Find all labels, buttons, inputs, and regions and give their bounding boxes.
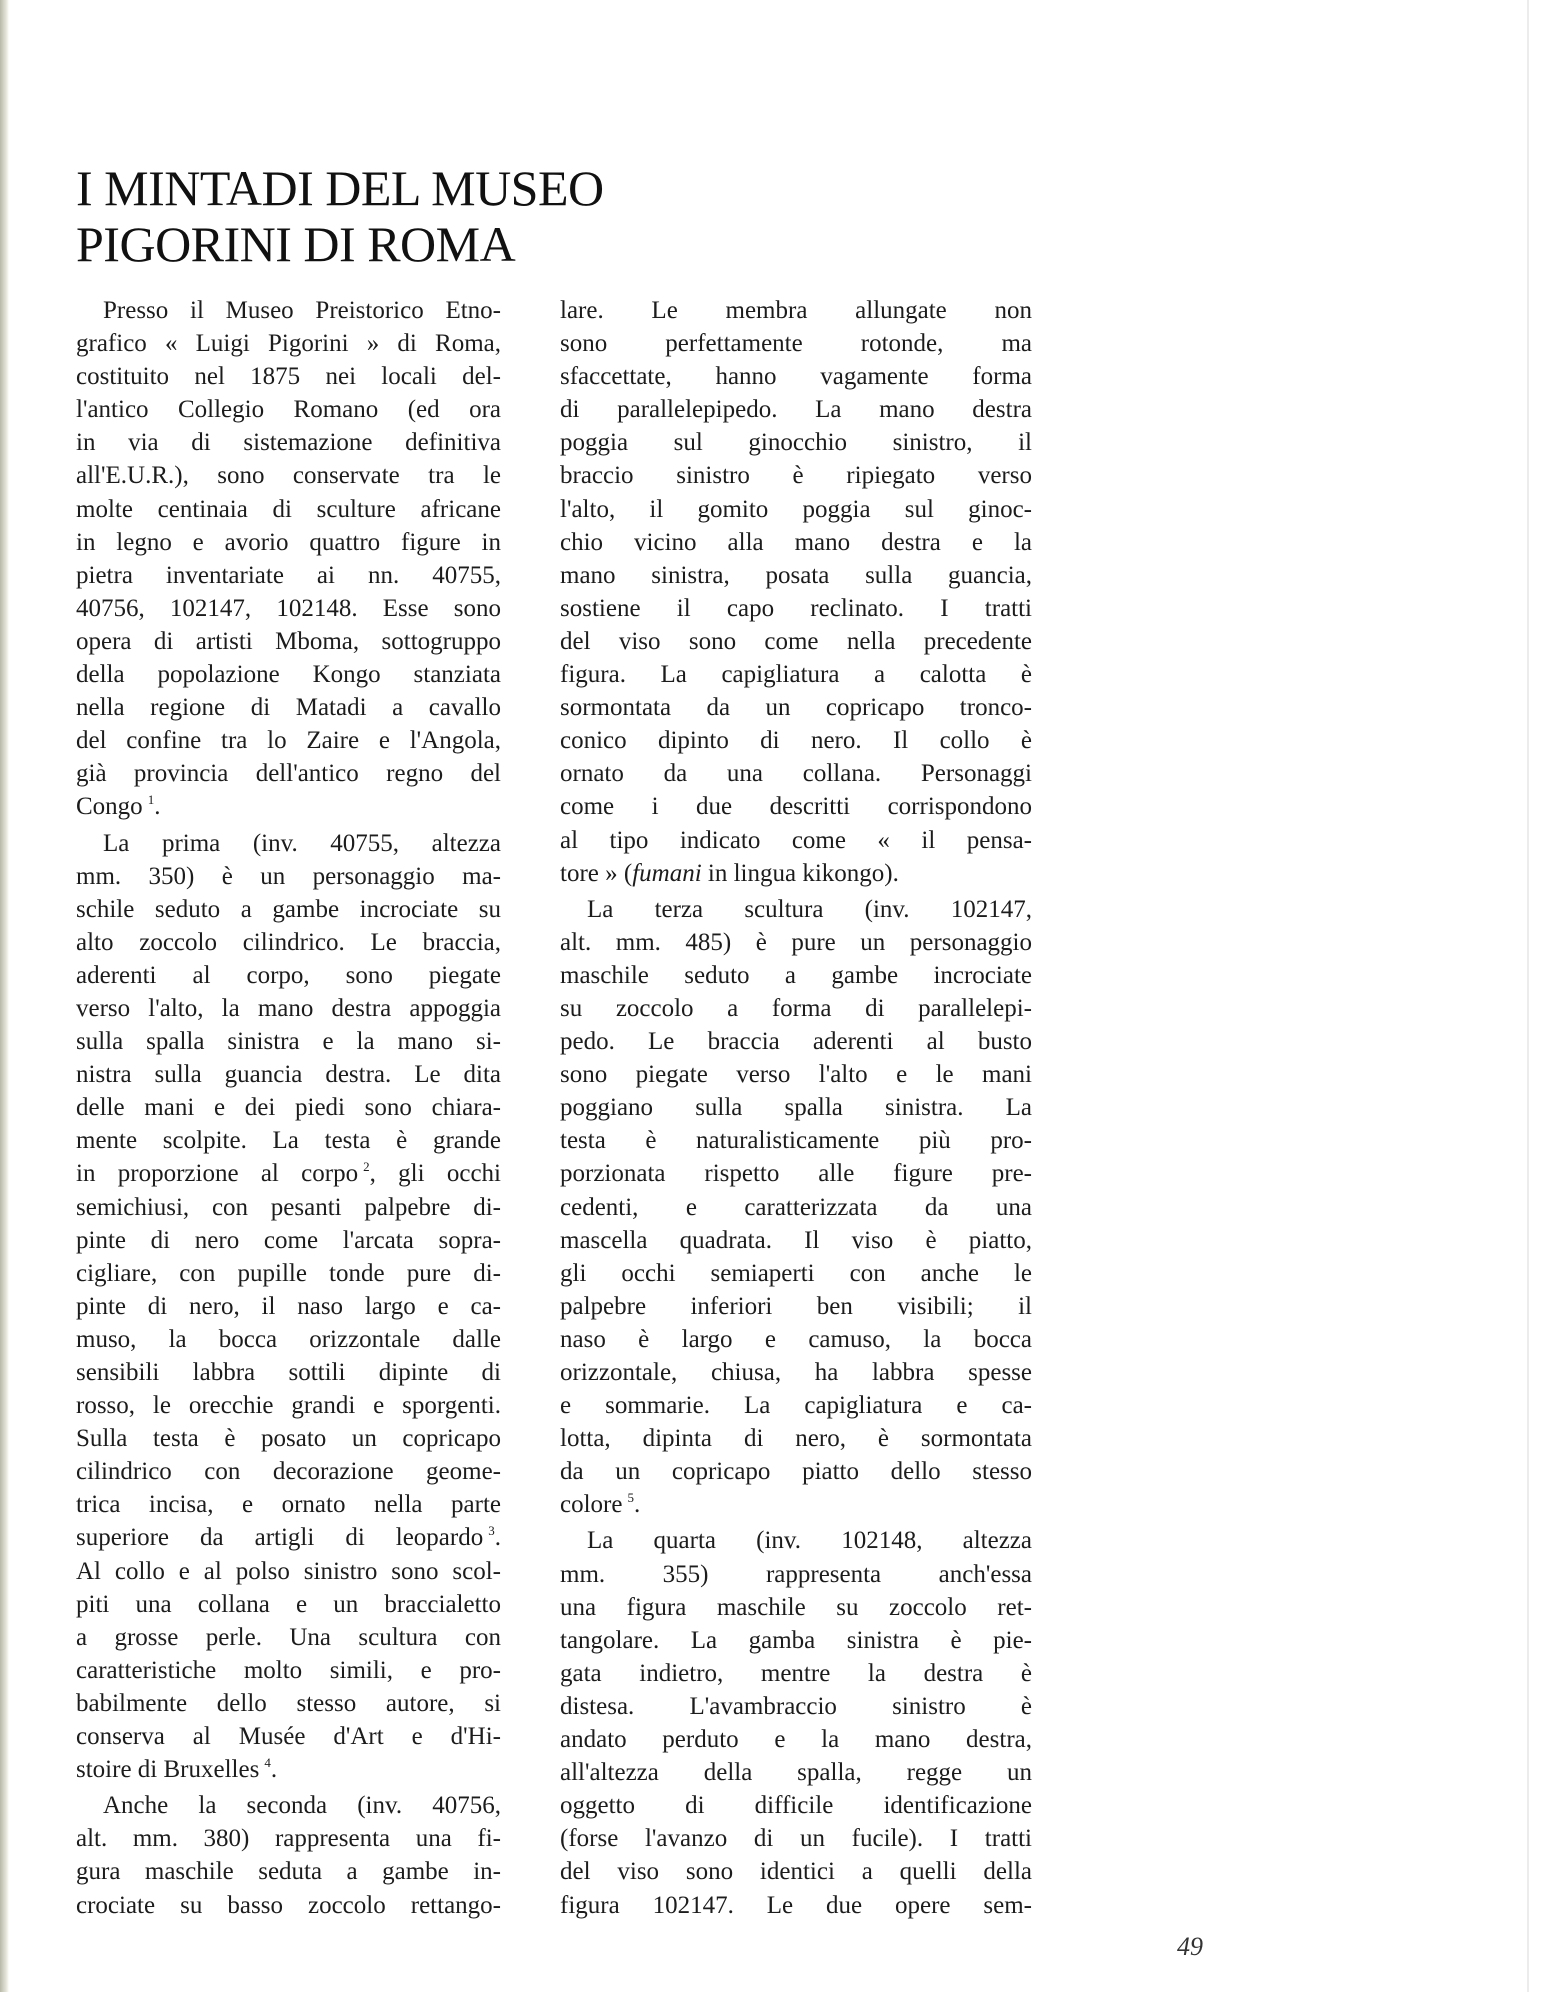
text-line: palpebre inferiori ben visibili; il [560, 1290, 1032, 1323]
text-line-content: Congo [76, 793, 143, 820]
text-line: del confine tra lo Zaire e l'Angola, [76, 724, 501, 757]
text-line: pinte di nero, il naso largo e ca- [76, 1290, 501, 1323]
text-column-left: Presso il Museo Preistorico Etno-grafico… [76, 294, 501, 1922]
text-line-content: molte centinaia di sculture africane [76, 496, 501, 523]
text-line-tail: . [495, 1524, 501, 1551]
text-line: porzionata rispetto alle figure pre- [560, 1157, 1032, 1190]
text-line-content: porzionata rispetto alle figure pre- [560, 1160, 1032, 1187]
article-title: I MINTADI DEL MUSEO PIGORINI DI ROMA [76, 160, 604, 272]
text-line: tore » (fumani in lingua kikongo). [560, 857, 1032, 890]
text-line-content: sensibili labbra sottili dipinte di [76, 1359, 501, 1386]
text-line: lare. Le membra allungate non [560, 294, 1032, 327]
text-line: rosso, le orecchie grandi e sporgenti. [76, 1389, 501, 1422]
text-line: cedenti, e caratterizzata da una [560, 1191, 1032, 1224]
text-line-content: su zoccolo a forma di parallelepi- [560, 995, 1032, 1022]
text-line: crociate su basso zoccolo rettango- [76, 1889, 501, 1922]
text-line: molte centinaia di sculture africane [76, 493, 501, 526]
text-line: poggia sul ginocchio sinistro, il [560, 426, 1032, 459]
text-line: La prima (inv. 40755, altezza [76, 827, 501, 860]
text-line: Anche la seconda (inv. 40756, [76, 1789, 501, 1822]
text-line-content: caratteristiche molto simili, e pro- [76, 1657, 501, 1684]
text-line: mm. 355) rappresenta anch'essa [560, 1558, 1032, 1591]
text-line-content: nella regione di Matadi a cavallo [76, 694, 501, 721]
text-line: mano sinistra, posata sulla guancia, [560, 559, 1032, 592]
text-line: in legno e avorio quattro figure in [76, 526, 501, 559]
text-line-content: poggia sul ginocchio sinistro, il [560, 429, 1032, 456]
text-line: figura. La capigliatura a calotta è [560, 658, 1032, 691]
text-line-content: mm. 350) è un personaggio ma- [76, 863, 501, 890]
text-line-content: di parallelepipedo. La mano destra [560, 396, 1032, 423]
text-line: del viso sono come nella precedente [560, 625, 1032, 658]
text-line-content: mente scolpite. La testa è grande [76, 1127, 501, 1154]
text-line-content: piti una collana e un braccialetto [76, 1591, 501, 1618]
text-line-content: lotta, dipinta di nero, è sormontata [560, 1425, 1032, 1452]
article-title-line-2: PIGORINI DI ROMA [76, 216, 604, 272]
text-line: pedo. Le braccia aderenti al busto [560, 1025, 1032, 1058]
text-line-content: della popolazione Kongo stanziata [76, 661, 501, 688]
text-line: di parallelepipedo. La mano destra [560, 393, 1032, 426]
article-title-line-1: I MINTADI DEL MUSEO [76, 160, 604, 216]
text-line-content: sormontata da un copricapo tronco- [560, 694, 1032, 721]
text-line: del viso sono identici a quelli della [560, 1855, 1032, 1888]
text-line: gli occhi semiaperti con anche le [560, 1257, 1032, 1290]
text-line: mm. 350) è un personaggio ma- [76, 860, 501, 893]
text-line-content: alto zoccolo cilindrico. Le braccia, [76, 929, 501, 956]
text-line: trica incisa, e ornato nella parte [76, 1488, 501, 1521]
text-line-content: grafico « Luigi Pigorini » di Roma, [76, 330, 501, 357]
text-line-content: delle mani e dei piedi sono chiara- [76, 1094, 501, 1121]
text-line-content: gura maschile seduta a gambe in- [76, 1858, 501, 1885]
text-line: costituito nel 1875 nei locali del- [76, 360, 501, 393]
text-line: sono piegate verso l'alto e le mani [560, 1058, 1032, 1091]
text-line-content: muso, la bocca orizzontale dalle [76, 1326, 501, 1353]
text-line-content: testa è naturalisticamente più pro- [560, 1127, 1032, 1154]
text-line-content: nistra sulla guancia destra. Le dita [76, 1061, 501, 1088]
text-line: orizzontale, chiusa, ha labbra spesse [560, 1356, 1032, 1389]
text-line: chio vicino alla mano destra e la [560, 526, 1032, 559]
text-line-content: crociate su basso zoccolo rettango- [76, 1892, 501, 1919]
text-line: oggetto di difficile identificazione [560, 1789, 1032, 1822]
text-line-content: costituito nel 1875 nei locali del- [76, 363, 501, 390]
text-line-content: alt. mm. 485) è pure un personaggio [560, 929, 1032, 956]
text-line-content: l'antico Collegio Romano (ed ora [76, 396, 501, 423]
text-line-tail: in lingua kikongo). [702, 860, 899, 887]
text-line-content: mm. 355) rappresenta anch'essa [560, 1561, 1032, 1588]
text-line-content: trica incisa, e ornato nella parte [76, 1491, 501, 1518]
text-line-content: La quarta (inv. 102148, altezza [587, 1527, 1032, 1554]
text-line-content: oggetto di difficile identificazione [560, 1792, 1032, 1819]
text-line-content: tore » ( [560, 860, 632, 887]
text-line-content: opera di artisti Mboma, sottogruppo [76, 628, 501, 655]
text-line: all'altezza della spalla, regge un [560, 1756, 1032, 1789]
text-line: caratteristiche molto simili, e pro- [76, 1654, 501, 1687]
text-line-content: tangolare. La gamba sinistra è pie- [560, 1627, 1032, 1654]
text-line: La quarta (inv. 102148, altezza [560, 1524, 1032, 1557]
text-line: testa è naturalisticamente più pro- [560, 1124, 1032, 1157]
text-line: muso, la bocca orizzontale dalle [76, 1323, 501, 1356]
text-line-content: sono perfettamente rotonde, ma [560, 330, 1032, 357]
text-line: da un copricapo piatto dello stesso [560, 1455, 1032, 1488]
text-line: sfaccettate, hanno vagamente forma [560, 360, 1032, 393]
text-line-content: sulla spalla sinistra e la mano si- [76, 1028, 501, 1055]
text-line-content: pedo. Le braccia aderenti al busto [560, 1028, 1032, 1055]
text-line-content: cigliare, con pupille tonde pure di- [76, 1260, 501, 1287]
text-line: ornato da una collana. Personaggi [560, 757, 1032, 790]
text-line-content: sono piegate verso l'alto e le mani [560, 1061, 1032, 1088]
text-line: alto zoccolo cilindrico. Le braccia, [76, 926, 501, 959]
text-line: gura maschile seduta a gambe in- [76, 1855, 501, 1888]
text-line: lotta, dipinta di nero, è sormontata [560, 1422, 1032, 1455]
text-line: grafico « Luigi Pigorini » di Roma, [76, 327, 501, 360]
text-line: Presso il Museo Preistorico Etno- [76, 294, 501, 327]
text-line-content: all'altezza della spalla, regge un [560, 1759, 1032, 1786]
text-line: alt. mm. 485) è pure un personaggio [560, 926, 1032, 959]
text-line: 40756, 102147, 102148. Esse sono [76, 592, 501, 625]
text-line: conico dipinto di nero. Il collo è [560, 724, 1032, 757]
text-line-content: ornato da una collana. Personaggi [560, 760, 1032, 787]
text-line-content: gli occhi semiaperti con anche le [560, 1260, 1032, 1287]
text-line-content: palpebre inferiori ben visibili; il [560, 1293, 1032, 1320]
text-line-content: superiore da artigli di leopardo [76, 1524, 483, 1551]
text-line: all'E.U.R.), sono conservate tra le [76, 459, 501, 492]
text-line-content: conserva al Musée d'Art e d'Hi- [76, 1723, 501, 1750]
text-line-content: babilmente dello stesso autore, si [76, 1690, 501, 1717]
text-line: l'alto, il gomito poggia sul ginoc- [560, 493, 1032, 526]
text-line: in via di sistemazione definitiva [76, 426, 501, 459]
text-line-tail: , gli occhi [370, 1160, 501, 1187]
text-line-content: lare. Le membra allungate non [560, 297, 1032, 324]
text-line: nella regione di Matadi a cavallo [76, 691, 501, 724]
text-line-content: La terza scultura (inv. 102147, [587, 896, 1032, 923]
text-line-tail: . [271, 1756, 277, 1783]
text-line-content: figura 102147. Le due opere sem- [560, 1892, 1032, 1919]
text-line: mascella quadrata. Il viso è piatto, [560, 1224, 1032, 1257]
text-line: e sommarie. La capigliatura e ca- [560, 1389, 1032, 1422]
text-line: al tipo indicato come « il pensa- [560, 824, 1032, 857]
text-line: opera di artisti Mboma, sottogruppo [76, 625, 501, 658]
text-line-content: orizzontale, chiusa, ha labbra spesse [560, 1359, 1032, 1386]
text-line-content: semichiusi, con pesanti palpebre di- [76, 1194, 501, 1221]
text-line-content: colore [560, 1491, 622, 1518]
text-line: Sulla testa è posato un copricapo [76, 1422, 501, 1455]
text-line: semichiusi, con pesanti palpebre di- [76, 1191, 501, 1224]
text-line: pietra inventariate ai nn. 40755, [76, 559, 501, 592]
text-line-content: mascella quadrata. Il viso è piatto, [560, 1227, 1032, 1254]
text-line-content: verso l'alto, la mano destra appoggia [76, 995, 501, 1022]
text-line-content: (forse l'avanzo di un fucile). I tratti [560, 1825, 1032, 1852]
text-line: l'antico Collegio Romano (ed ora [76, 393, 501, 426]
text-line: La terza scultura (inv. 102147, [560, 893, 1032, 926]
page-number: 49 [1177, 1932, 1203, 1962]
page-scan-edge-right [1527, 0, 1529, 1992]
text-line: colore 5. [560, 1488, 1032, 1521]
text-line: mente scolpite. La testa è grande [76, 1124, 501, 1157]
text-line: una figura maschile su zoccolo ret- [560, 1591, 1032, 1624]
text-line-content: aderenti al corpo, sono piegate [76, 962, 501, 989]
text-line-content: all'E.U.R.), sono conservate tra le [76, 462, 501, 489]
text-line-content: stoire di Bruxelles [76, 1756, 259, 1783]
text-line-content: pietra inventariate ai nn. 40755, [76, 562, 501, 589]
text-line-content: maschile seduto a gambe incrociate [560, 962, 1032, 989]
text-line-content: La prima (inv. 40755, altezza [103, 830, 501, 857]
text-line: poggiano sulla spalla sinistra. La [560, 1091, 1032, 1124]
text-line: delle mani e dei piedi sono chiara- [76, 1091, 501, 1124]
text-line: nistra sulla guancia destra. Le dita [76, 1058, 501, 1091]
text-line-content: andato perduto e la mano destra, [560, 1726, 1032, 1753]
text-line-content: braccio sinistro è ripiegato verso [560, 462, 1032, 489]
text-line: sulla spalla sinistra e la mano si- [76, 1025, 501, 1058]
text-line-content: Anche la seconda (inv. 40756, [103, 1792, 501, 1819]
text-line-content: una figura maschile su zoccolo ret- [560, 1594, 1032, 1621]
text-line: a grosse perle. Una scultura con [76, 1621, 501, 1654]
text-line-content: poggiano sulla spalla sinistra. La [560, 1094, 1032, 1121]
text-line: figura 102147. Le due opere sem- [560, 1889, 1032, 1922]
text-line: gata indietro, mentre la destra è [560, 1657, 1032, 1690]
text-line: come i due descritti corrispondono [560, 790, 1032, 823]
text-line-content: Presso il Museo Preistorico Etno- [103, 297, 501, 324]
text-line-content: rosso, le orecchie grandi e sporgenti. [76, 1392, 501, 1419]
text-line-content: Sulla testa è posato un copricapo [76, 1425, 501, 1452]
text-line-content: naso è largo e camuso, la bocca [560, 1326, 1032, 1353]
text-line: superiore da artigli di leopardo 3. [76, 1521, 501, 1554]
text-line: sono perfettamente rotonde, ma [560, 327, 1032, 360]
text-line-content: Al collo e al polso sinistro sono scol- [76, 1558, 501, 1585]
text-line: sormontata da un copricapo tronco- [560, 691, 1032, 724]
text-line-content: gata indietro, mentre la destra è [560, 1660, 1032, 1687]
text-line: Congo 1. [76, 790, 501, 823]
text-line-content: chio vicino alla mano destra e la [560, 529, 1032, 556]
text-line: sensibili labbra sottili dipinte di [76, 1356, 501, 1389]
text-line-content: pinte di nero, il naso largo e ca- [76, 1293, 501, 1320]
text-line-content: sostiene il capo reclinato. I tratti [560, 595, 1032, 622]
text-line-content: in via di sistemazione definitiva [76, 429, 501, 456]
text-line: stoire di Bruxelles 4. [76, 1753, 501, 1786]
text-line: distesa. L'avambraccio sinistro è [560, 1690, 1032, 1723]
text-line: Al collo e al polso sinistro sono scol- [76, 1555, 501, 1588]
text-line-content: in legno e avorio quattro figure in [76, 529, 501, 556]
text-line: naso è largo e camuso, la bocca [560, 1323, 1032, 1356]
text-line-content: del viso sono come nella precedente [560, 628, 1032, 655]
text-line-content: al tipo indicato come « il pensa- [560, 827, 1032, 854]
text-line-content: da un copricapo piatto dello stesso [560, 1458, 1032, 1485]
text-line: verso l'alto, la mano destra appoggia [76, 992, 501, 1025]
text-line-content: distesa. L'avambraccio sinistro è [560, 1693, 1032, 1720]
text-line-content: schile seduto a gambe incrociate su [76, 896, 501, 923]
text-line-content: cilindrico con decorazione geome- [76, 1458, 501, 1485]
text-line: schile seduto a gambe incrociate su [76, 893, 501, 926]
text-line-content: 40756, 102147, 102148. Esse sono [76, 595, 501, 622]
text-line: piti una collana e un braccialetto [76, 1588, 501, 1621]
text-line: tangolare. La gamba sinistra è pie- [560, 1624, 1032, 1657]
text-line: su zoccolo a forma di parallelepi- [560, 992, 1032, 1025]
text-line: in proporzione al corpo 2, gli occhi [76, 1157, 501, 1190]
text-line-content: a grosse perle. Una scultura con [76, 1624, 501, 1651]
text-line: aderenti al corpo, sono piegate [76, 959, 501, 992]
page-scan-edge-left [0, 0, 9, 1992]
text-line-content: conico dipinto di nero. Il collo è [560, 727, 1032, 754]
text-line: già provincia dell'antico regno del [76, 757, 501, 790]
text-line: babilmente dello stesso autore, si [76, 1687, 501, 1720]
text-line: sostiene il capo reclinato. I tratti [560, 592, 1032, 625]
text-line-content: cedenti, e caratterizzata da una [560, 1194, 1032, 1221]
italic-term: fumani [632, 860, 701, 887]
text-line: braccio sinistro è ripiegato verso [560, 459, 1032, 492]
text-line-content: in proporzione al corpo [76, 1160, 358, 1187]
text-line-content: come i due descritti corrispondono [560, 793, 1032, 820]
text-line-content: del viso sono identici a quelli della [560, 1858, 1032, 1885]
text-line: andato perduto e la mano destra, [560, 1723, 1032, 1756]
text-line-content: mano sinistra, posata sulla guancia, [560, 562, 1032, 589]
text-line: maschile seduto a gambe incrociate [560, 959, 1032, 992]
text-line: alt. mm. 380) rappresenta una fi- [76, 1822, 501, 1855]
text-line-content: figura. La capigliatura a calotta è [560, 661, 1032, 688]
text-line: cigliare, con pupille tonde pure di- [76, 1257, 501, 1290]
text-line-content: pinte di nero come l'arcata sopra- [76, 1227, 501, 1254]
text-line: conserva al Musée d'Art e d'Hi- [76, 1720, 501, 1753]
text-line-content: alt. mm. 380) rappresenta una fi- [76, 1825, 501, 1852]
text-line: pinte di nero come l'arcata sopra- [76, 1224, 501, 1257]
text-line-tail: . [634, 1491, 640, 1518]
text-line-content: del confine tra lo Zaire e l'Angola, [76, 727, 501, 754]
text-line-content: sfaccettate, hanno vagamente forma [560, 363, 1032, 390]
text-line: cilindrico con decorazione geome- [76, 1455, 501, 1488]
text-column-right: lare. Le membra allungate nonsono perfet… [560, 294, 1032, 1922]
text-line-content: già provincia dell'antico regno del [76, 760, 501, 787]
text-line-content: e sommarie. La capigliatura e ca- [560, 1392, 1032, 1419]
text-line-content: l'alto, il gomito poggia sul ginoc- [560, 496, 1032, 523]
text-line-tail: . [154, 793, 160, 820]
text-line: (forse l'avanzo di un fucile). I tratti [560, 1822, 1032, 1855]
text-line: della popolazione Kongo stanziata [76, 658, 501, 691]
